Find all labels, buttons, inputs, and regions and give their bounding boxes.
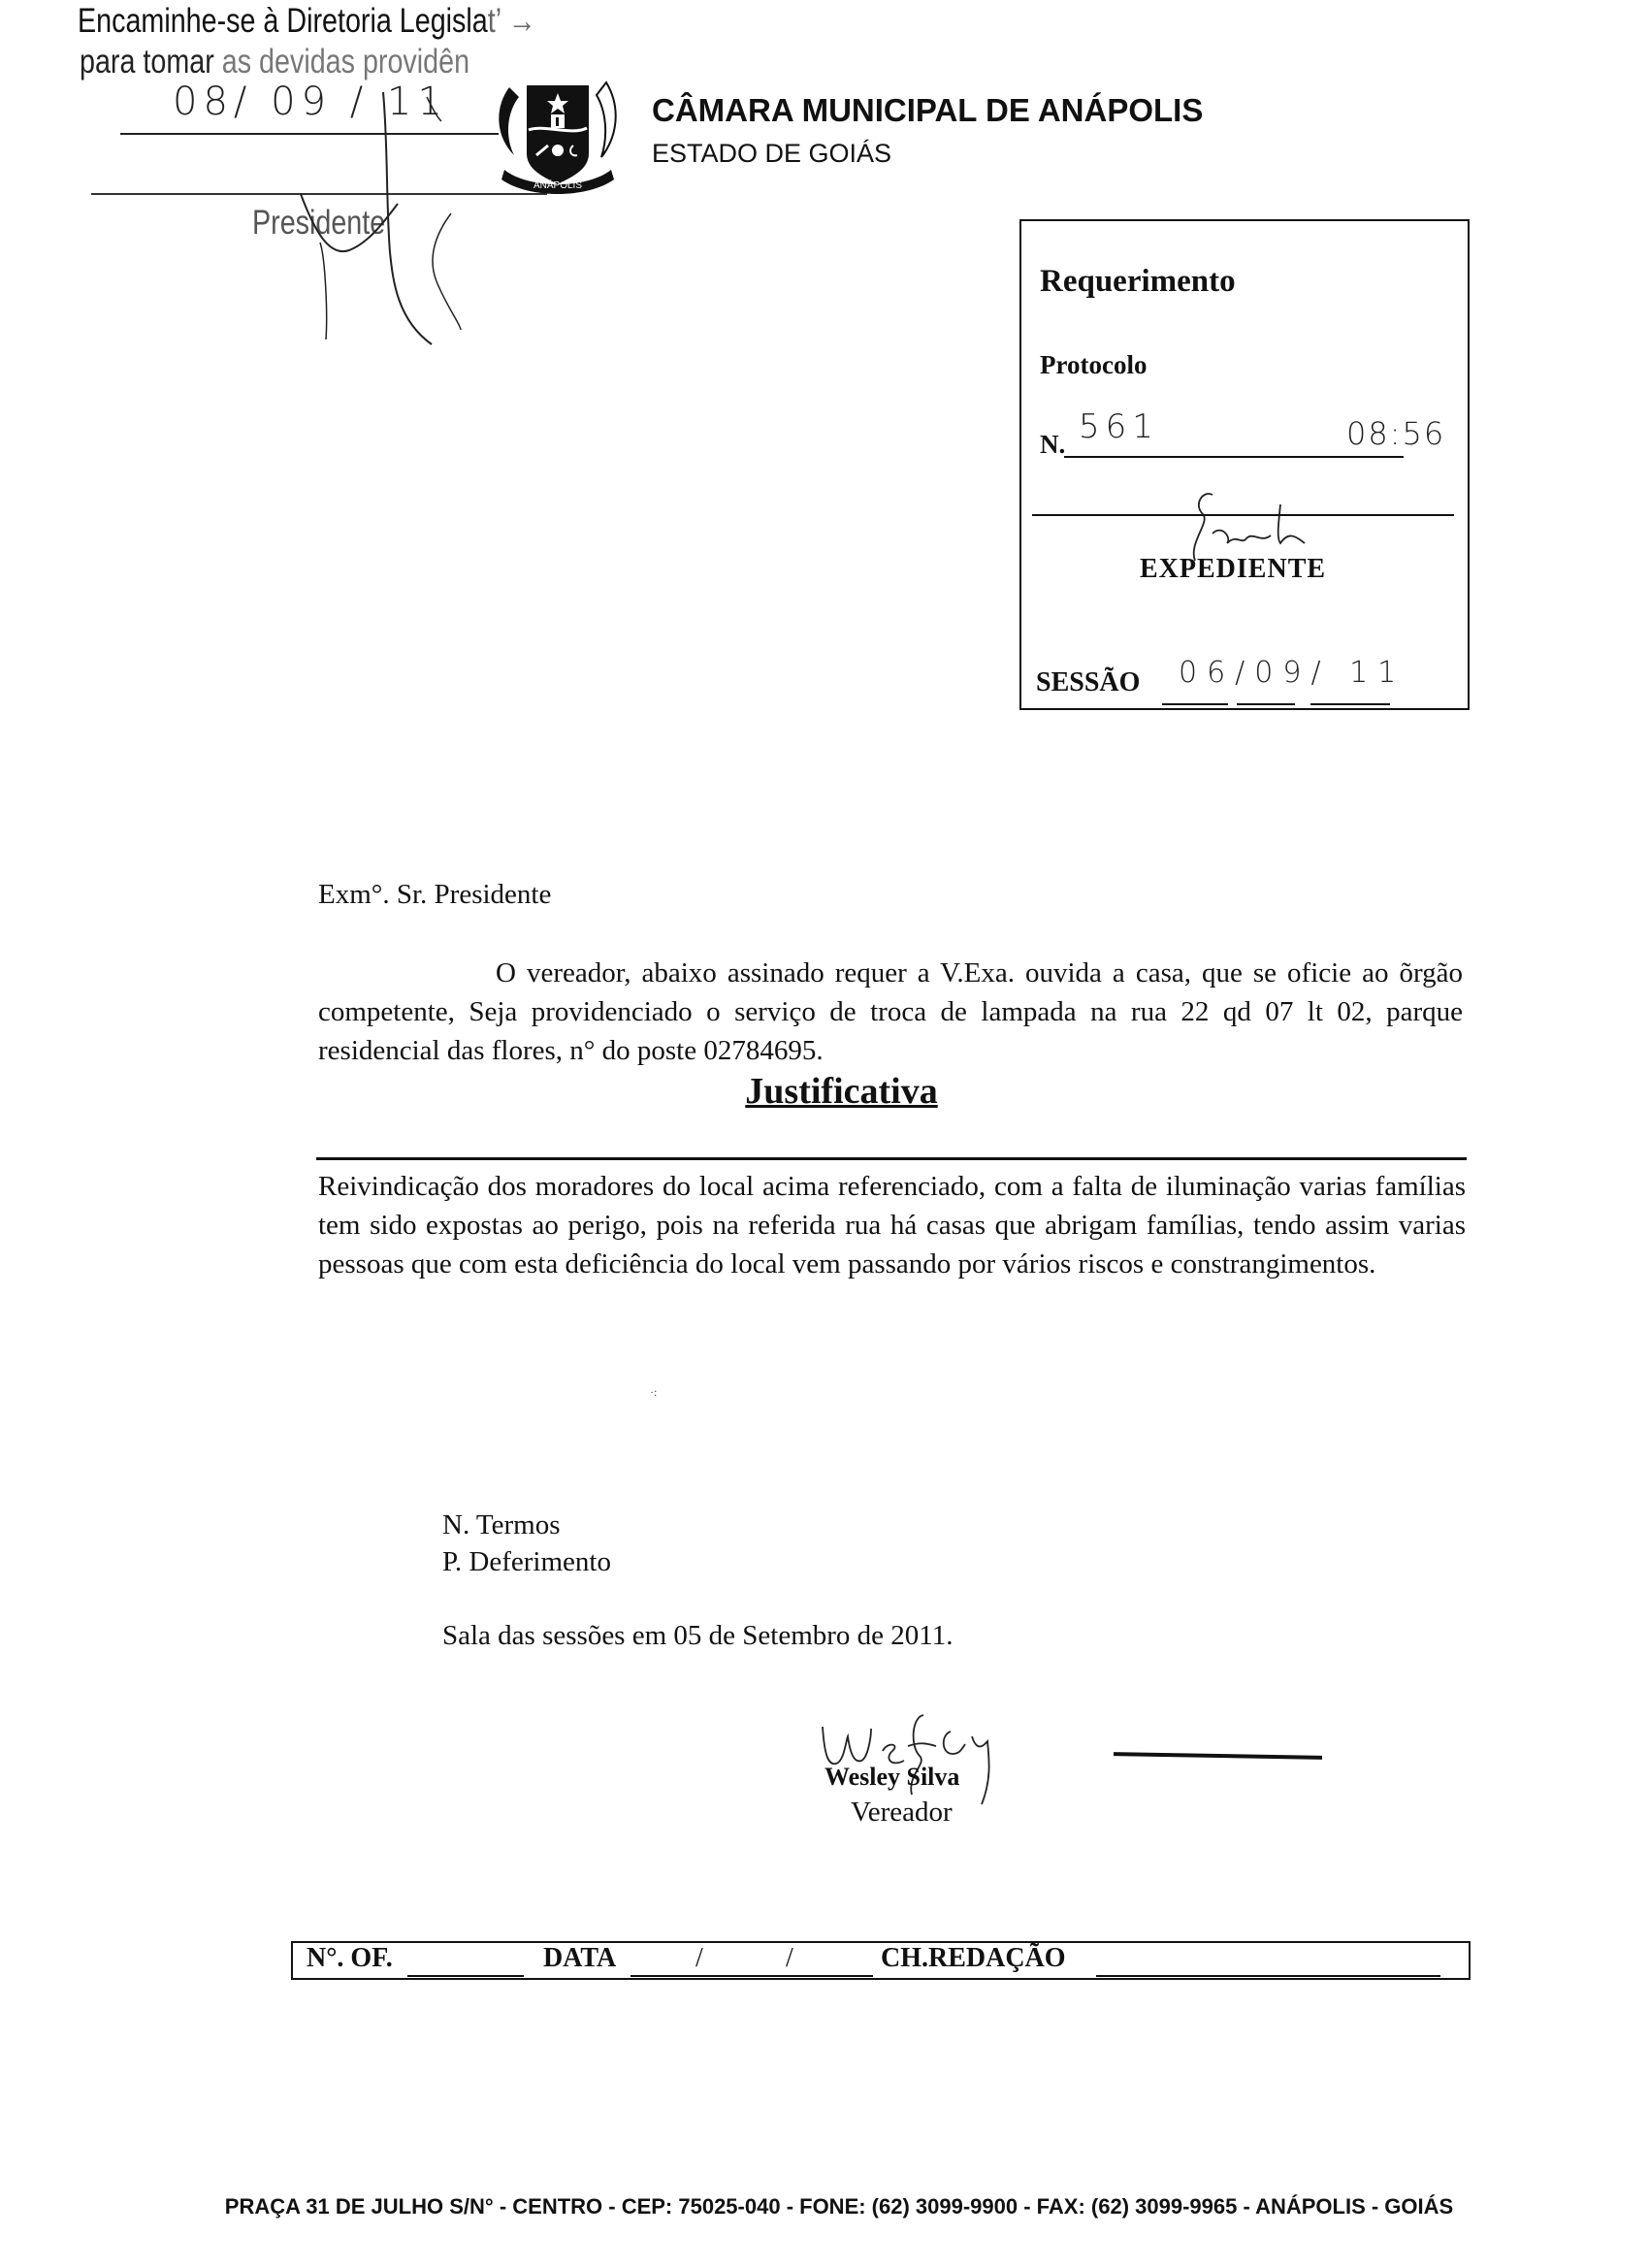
session-year-rule: [1310, 703, 1390, 705]
crest-label: ANÁPOLIS: [533, 178, 582, 191]
salutation: Exm°. Sr. Presidente: [318, 879, 551, 911]
office-number-label: N°. OF.: [307, 1943, 393, 1974]
signature-rule: [1114, 1752, 1322, 1760]
institution-title: CÂMARA MUNICIPAL DE ANÁPOLIS: [652, 92, 1203, 129]
stamp-text: Encaminhe-se à Diretoria Legisla: [78, 2, 488, 40]
stamp-text-cut: t’ →: [488, 2, 536, 40]
signer-role: Vereador: [851, 1797, 953, 1829]
date-separator-2: /: [786, 1943, 793, 1974]
protocol-time-value: 08:56: [1346, 415, 1445, 452]
office-number-rule: [407, 1975, 524, 1977]
stamp-text-faint: as devidas providên: [214, 43, 469, 81]
redaction-chief-rule: [1096, 1975, 1440, 1977]
protocol-number-value: 561: [1079, 407, 1159, 446]
forwarding-stamp-line1: Encaminhe-se à Diretoria Legislat’ →: [78, 2, 536, 41]
justification-rule: [316, 1157, 1467, 1160]
protocol-number-label: N.: [1040, 430, 1065, 460]
date-separator-1: /: [695, 1943, 703, 1974]
protocol-section-label: EXPEDIENTE: [1140, 554, 1326, 585]
protocol-session-label: SESSÃO: [1036, 667, 1140, 698]
institution-state: ESTADO DE GOIÁS: [652, 139, 891, 169]
protocol-doc-type: Requerimento: [1040, 264, 1236, 300]
municipal-crest-icon: ANÁPOLIS: [490, 68, 626, 204]
closing-line-2: P. Deferimento: [442, 1546, 611, 1578]
justification-heading: Justificativa: [0, 1070, 1649, 1113]
signer-name: Wesley Silva: [824, 1763, 959, 1792]
president-signature-icon: [291, 87, 485, 349]
session-day-rule: [1162, 703, 1228, 705]
forwarding-stamp-line2: para tomar as devidas providên: [80, 43, 469, 81]
redaction-date-label: DATA: [543, 1943, 616, 1974]
redaction-chief-label: CH.REDAÇÃO: [881, 1943, 1066, 1974]
footer-address: PRAÇA 31 DE JULHO S/N° - CENTRO - CEP: 7…: [0, 2194, 1649, 2219]
scan-speck: ·:: [650, 1385, 657, 1400]
redaction-date-rule: [630, 1975, 873, 1977]
protocol-session-date: 06/09/ 11: [1179, 656, 1406, 690]
closing-line-1: N. Termos: [442, 1509, 560, 1541]
stamp-text: para tomar: [80, 43, 214, 81]
protocol-signature-rule: [1032, 514, 1454, 516]
protocol-label: Protocolo: [1040, 350, 1147, 380]
request-paragraph: O vereador, abaixo assinado requer a V.E…: [318, 954, 1463, 1070]
session-month-rule: [1237, 703, 1295, 705]
protocol-number-rule: [1064, 456, 1404, 458]
request-text: O vereador, abaixo assinado requer a V.E…: [318, 957, 1463, 1066]
closing-date: Sala das sessões em 05 de Setembro de 20…: [442, 1620, 953, 1652]
justification-title: Justificativa: [711, 1071, 937, 1112]
justification-paragraph: Reivindicação dos moradores do local aci…: [318, 1167, 1466, 1283]
